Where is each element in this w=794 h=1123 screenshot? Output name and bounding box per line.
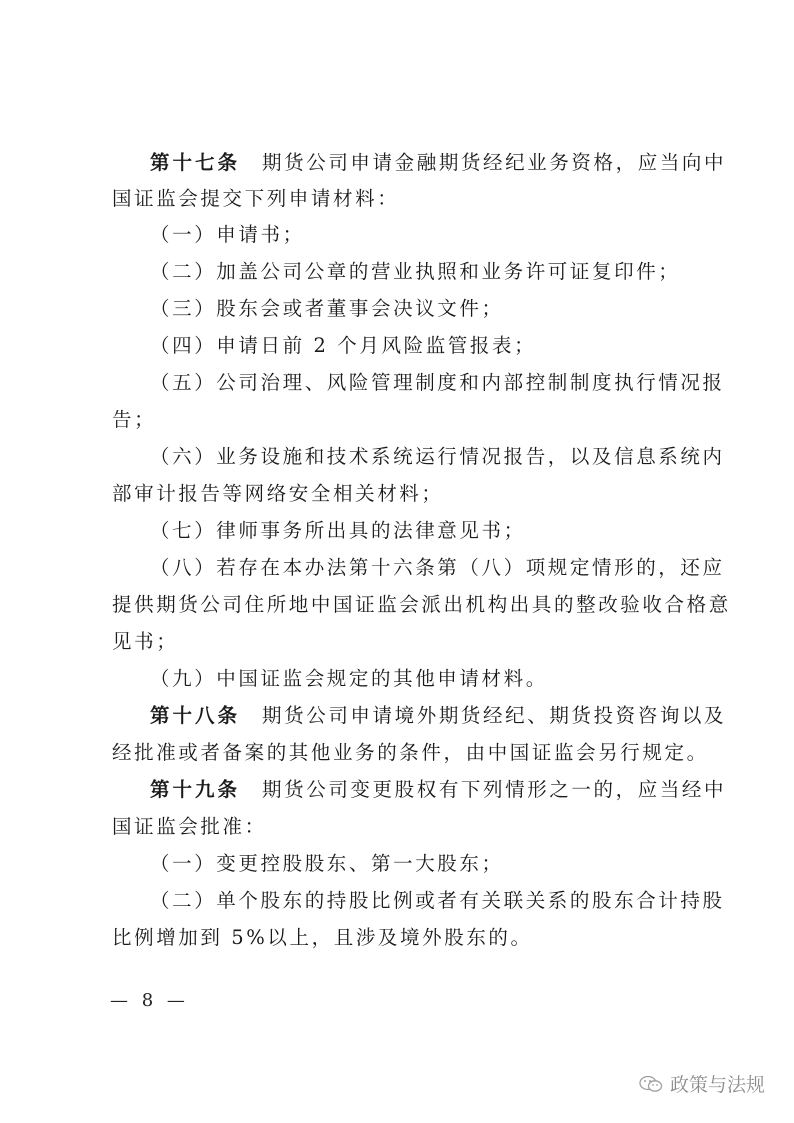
list-item-continuation: 告； — [112, 402, 156, 438]
list-item: （九）中国证监会规定的其他申请材料。 — [150, 661, 548, 697]
list-item: （五）公司治理、风险管理制度和内部控制制度执行情况报 — [150, 365, 725, 401]
article-heading: 第十九条 — [150, 778, 240, 801]
list-item: （一）变更控股股东、第一大股东； — [150, 846, 504, 882]
list-item: （六）业务设施和技术系统运行情况报告，以及信息系统内 — [150, 439, 725, 475]
list-item: （七）律师事务所出具的法律意见书； — [150, 513, 526, 549]
list-item: （八）若存在本办法第十六条第（八）项规定情形的，还应 — [150, 550, 725, 586]
paragraph-text: 期货公司申请境外期货经纪、期货投资咨询以及 — [262, 704, 726, 727]
article-18-line-2: 经批准或者备案的其他业务的条件，由中国证监会另行规定。 — [112, 735, 709, 771]
paragraph-text: 期货公司申请金融期货经纪业务资格，应当向中 — [262, 151, 726, 174]
list-item: （三）股东会或者董事会决议文件； — [150, 291, 504, 327]
list-item-continuation: 比例增加到 5%以上，且涉及境外股东的。 — [112, 920, 533, 956]
article-17-line-1: 第十七条期货公司申请金融期货经纪业务资格，应当向中 — [150, 145, 726, 181]
watermark-label: 政策与法规 — [670, 1070, 765, 1097]
list-item: （一）申请书； — [150, 217, 305, 253]
article-17-line-2: 国证监会提交下列申请材料： — [112, 181, 399, 217]
page-number: — 8 — — [110, 990, 189, 1011]
article-heading: 第十七条 — [150, 151, 240, 174]
list-item-continuation: 部审计报告等网络安全相关材料； — [112, 476, 444, 512]
list-item-continuation: 见书； — [112, 624, 178, 660]
article-19-line-2: 国证监会批准： — [112, 809, 267, 845]
list-item: （二）单个股东的持股比例或者有关联关系的股东合计持股 — [150, 883, 725, 919]
list-item: （二）加盖公司公章的营业执照和业务许可证复印件； — [150, 254, 680, 290]
article-18-line-1: 第十八条期货公司申请境外期货经纪、期货投资咨询以及 — [150, 698, 726, 734]
list-item-continuation: 提供期货公司住所地中国证监会派出机构出具的整改验收合格意 — [112, 587, 731, 623]
list-item: （四）申请日前 2 个月风险监管报表； — [150, 328, 536, 364]
article-19-line-1: 第十九条期货公司变更股权有下列情形之一的，应当经中 — [150, 772, 726, 808]
wechat-icon — [638, 1074, 664, 1094]
article-heading: 第十八条 — [150, 704, 240, 727]
document-page: 第十七条期货公司申请金融期货经纪业务资格，应当向中 国证监会提交下列申请材料： … — [0, 0, 794, 1123]
watermark: 政策与法规 — [638, 1070, 765, 1097]
paragraph-text: 期货公司变更股权有下列情形之一的，应当经中 — [262, 778, 726, 801]
